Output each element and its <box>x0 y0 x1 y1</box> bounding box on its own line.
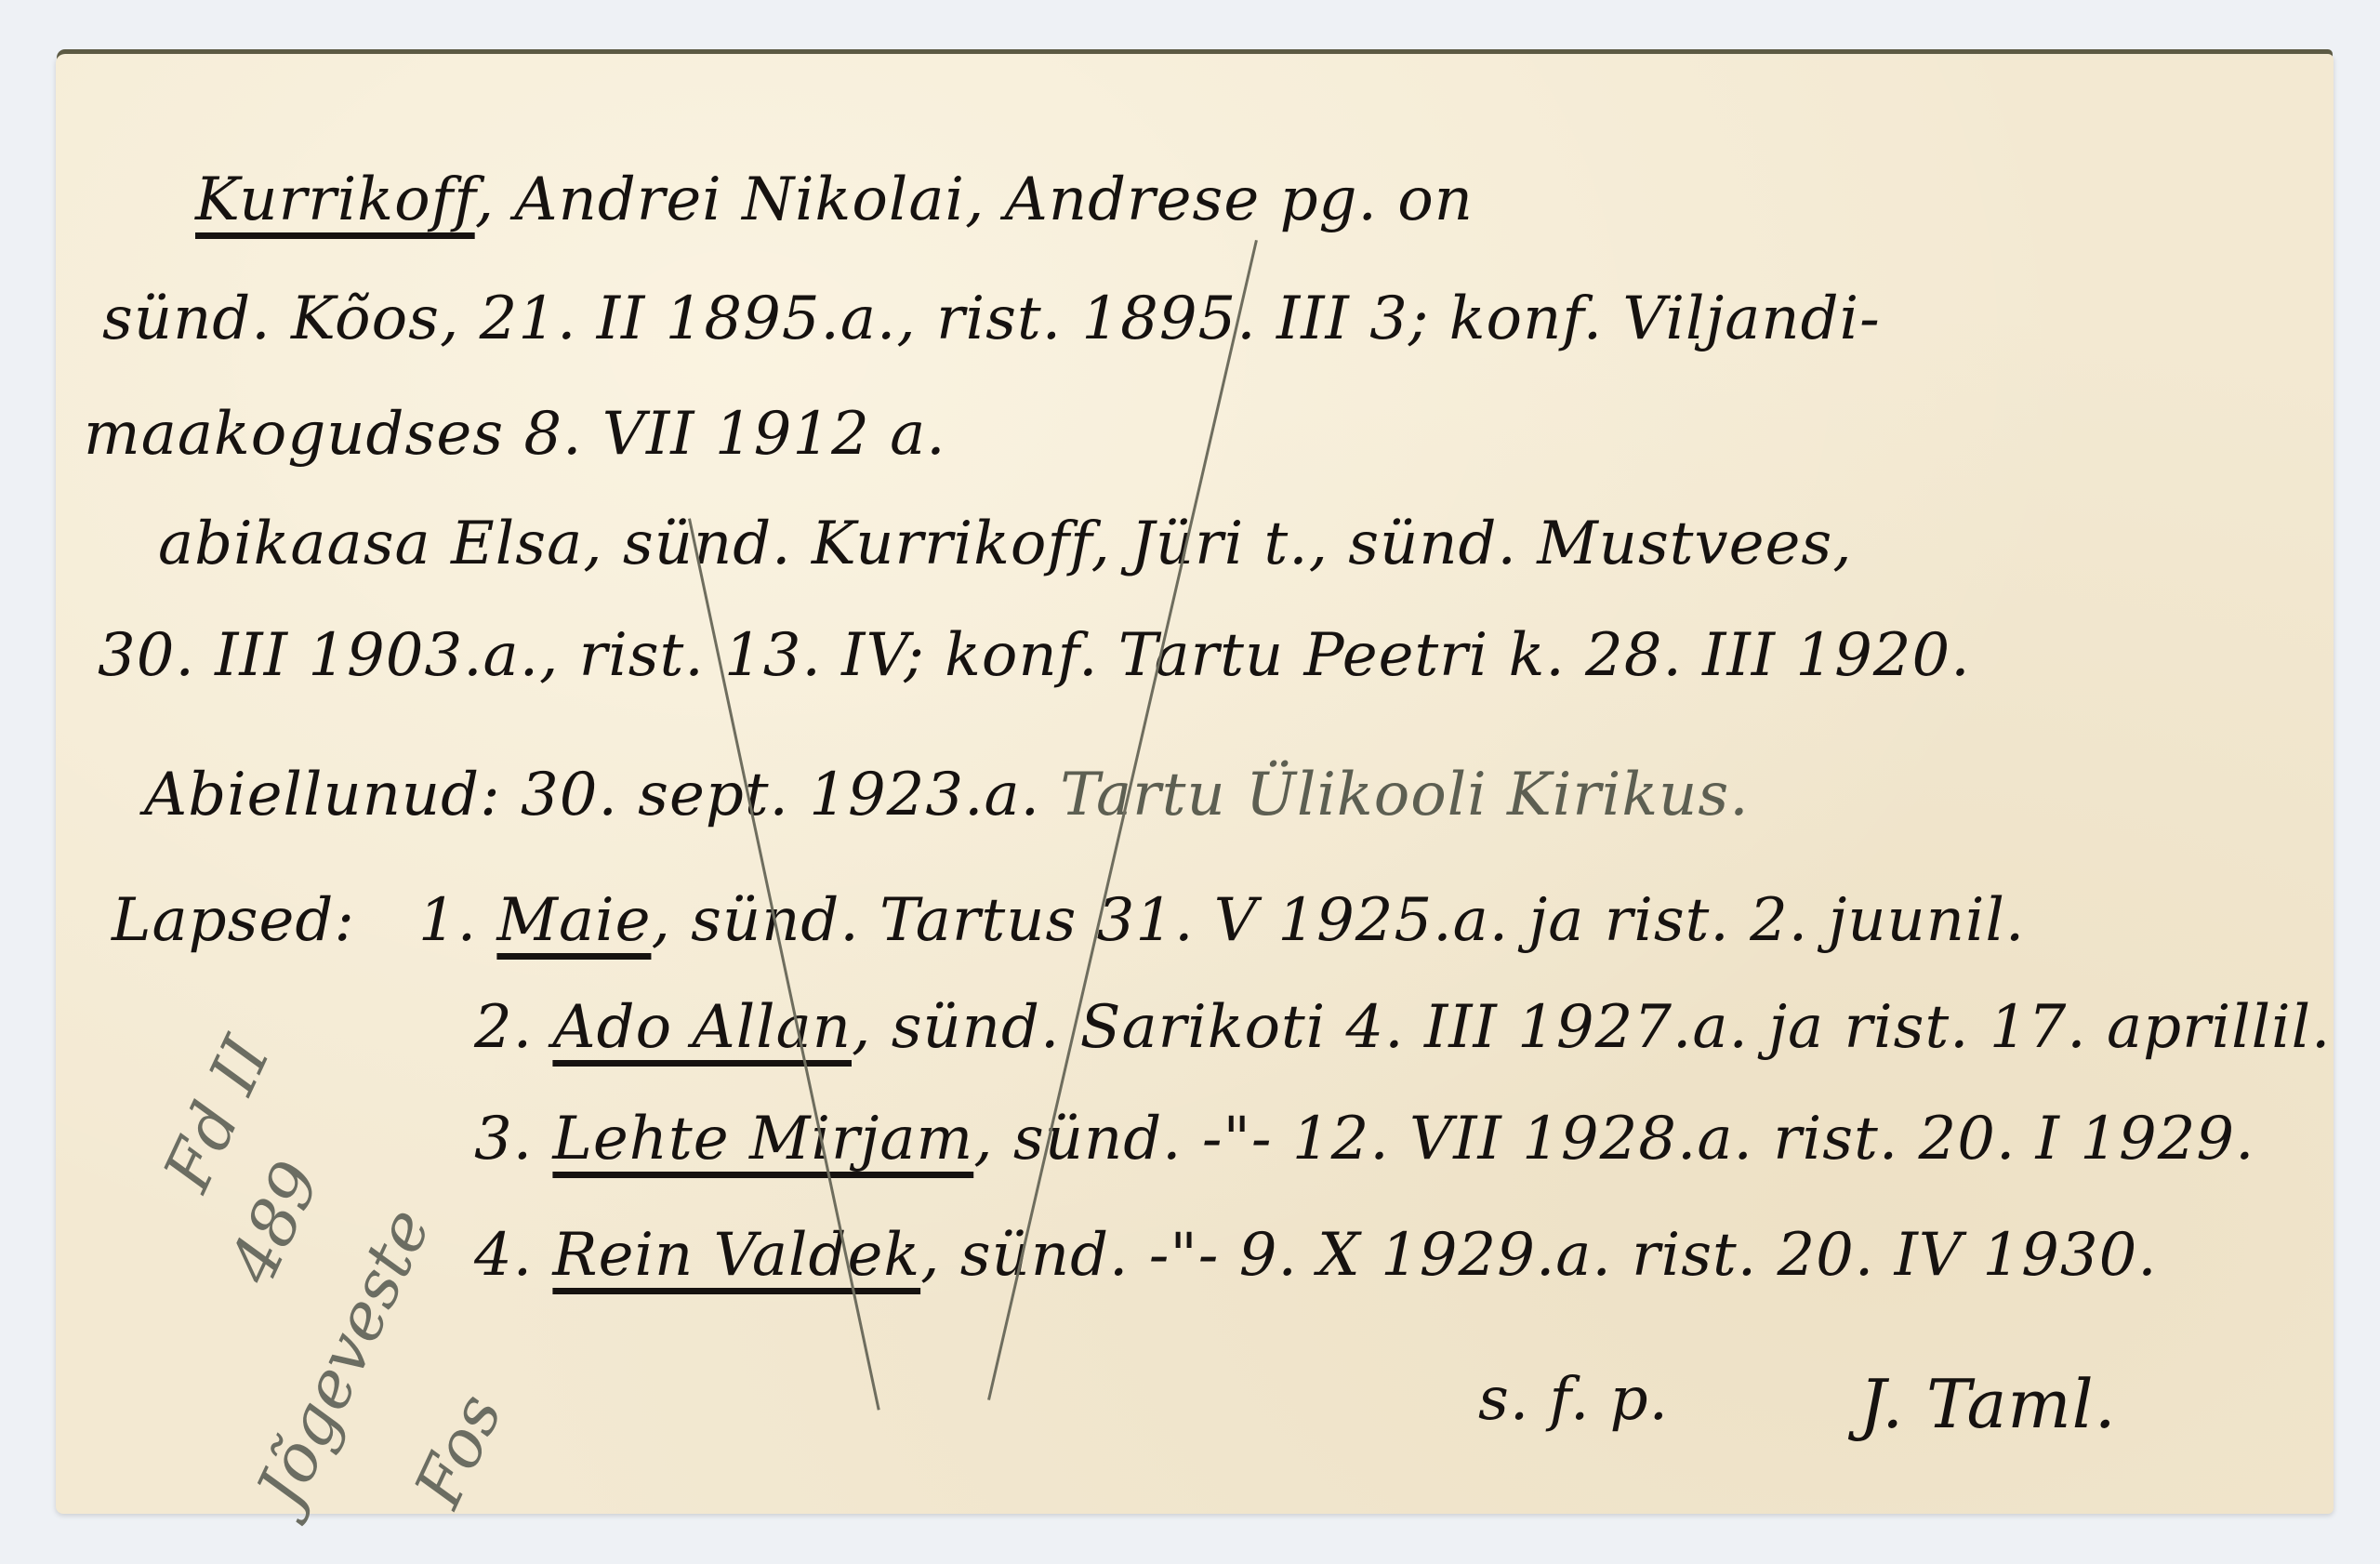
child-number: 4. <box>474 1221 533 1290</box>
child-row: 4. Rein Valdek, sünd. -"- 9. X 1929.a. r… <box>474 1221 2158 1290</box>
child-details: , sünd. -"- 12. VII 1928.a. rist. 20. I … <box>973 1105 2254 1173</box>
margin-note-2: 489 <box>214 1150 336 1295</box>
child-name: Lehte Mirjam <box>552 1105 973 1173</box>
child-row: 1. Maie, sünd. Tartus 31. V 1925.a. ja r… <box>418 886 2025 955</box>
child-number: 2. <box>474 993 533 1062</box>
spouse-dates-line: 30. III 1903.a., rist. 13. IV; konf. Tar… <box>98 621 1971 690</box>
child-row: 2. Ado Allan, sünd. Sarikoti 4. III 1927… <box>474 993 2331 1062</box>
marriage-place: Tartu Ülikooli Kirikus. <box>1060 761 1749 829</box>
child-name: Maie <box>496 886 651 955</box>
signature-name: J. Taml. <box>1859 1365 2117 1443</box>
spouse-line: abikaasa Elsa, sünd. Kurrikoff, Jüri t.,… <box>158 510 1853 578</box>
child-details: , sünd. Tartus 31. V 1925.a. ja rist. 2.… <box>651 886 2025 955</box>
signature-abbrev: s. f. p. <box>1478 1365 1669 1434</box>
surname: Kurrikoff <box>195 166 475 234</box>
child-number: 1. <box>418 886 477 955</box>
confirmation-line: maakogudses 8. VII 1912 a. <box>84 400 946 469</box>
given-names: , Andrei Nikolai, Andrese pg. on <box>475 166 1474 234</box>
birth-line: sünd. Kõos, 21. II 1895.a., rist. 1895. … <box>102 285 1881 353</box>
margin-note-4: Fos <box>400 1383 517 1518</box>
marriage-label: Abiellunud: 30. sept. 1923.a. <box>144 761 1040 829</box>
child-row: 3. Lehte Mirjam, sünd. -"- 12. VII 1928.… <box>474 1105 2254 1173</box>
children-label: Lapsed: <box>112 886 355 955</box>
child-number: 3. <box>474 1105 533 1173</box>
child-name: Ado Allan <box>552 993 852 1062</box>
child-name: Rein Valdek <box>552 1221 920 1290</box>
record-card: Kurrikoff, Andrei Nikolai, Andrese pg. o… <box>56 54 2334 1514</box>
child-details: , sünd. -"- 9. X 1929.a. rist. 20. IV 19… <box>920 1221 2158 1290</box>
header-line: Kurrikoff, Andrei Nikolai, Andrese pg. o… <box>195 166 1474 234</box>
marriage-line: Abiellunud: 30. sept. 1923.a. Tartu Ülik… <box>144 761 1750 829</box>
